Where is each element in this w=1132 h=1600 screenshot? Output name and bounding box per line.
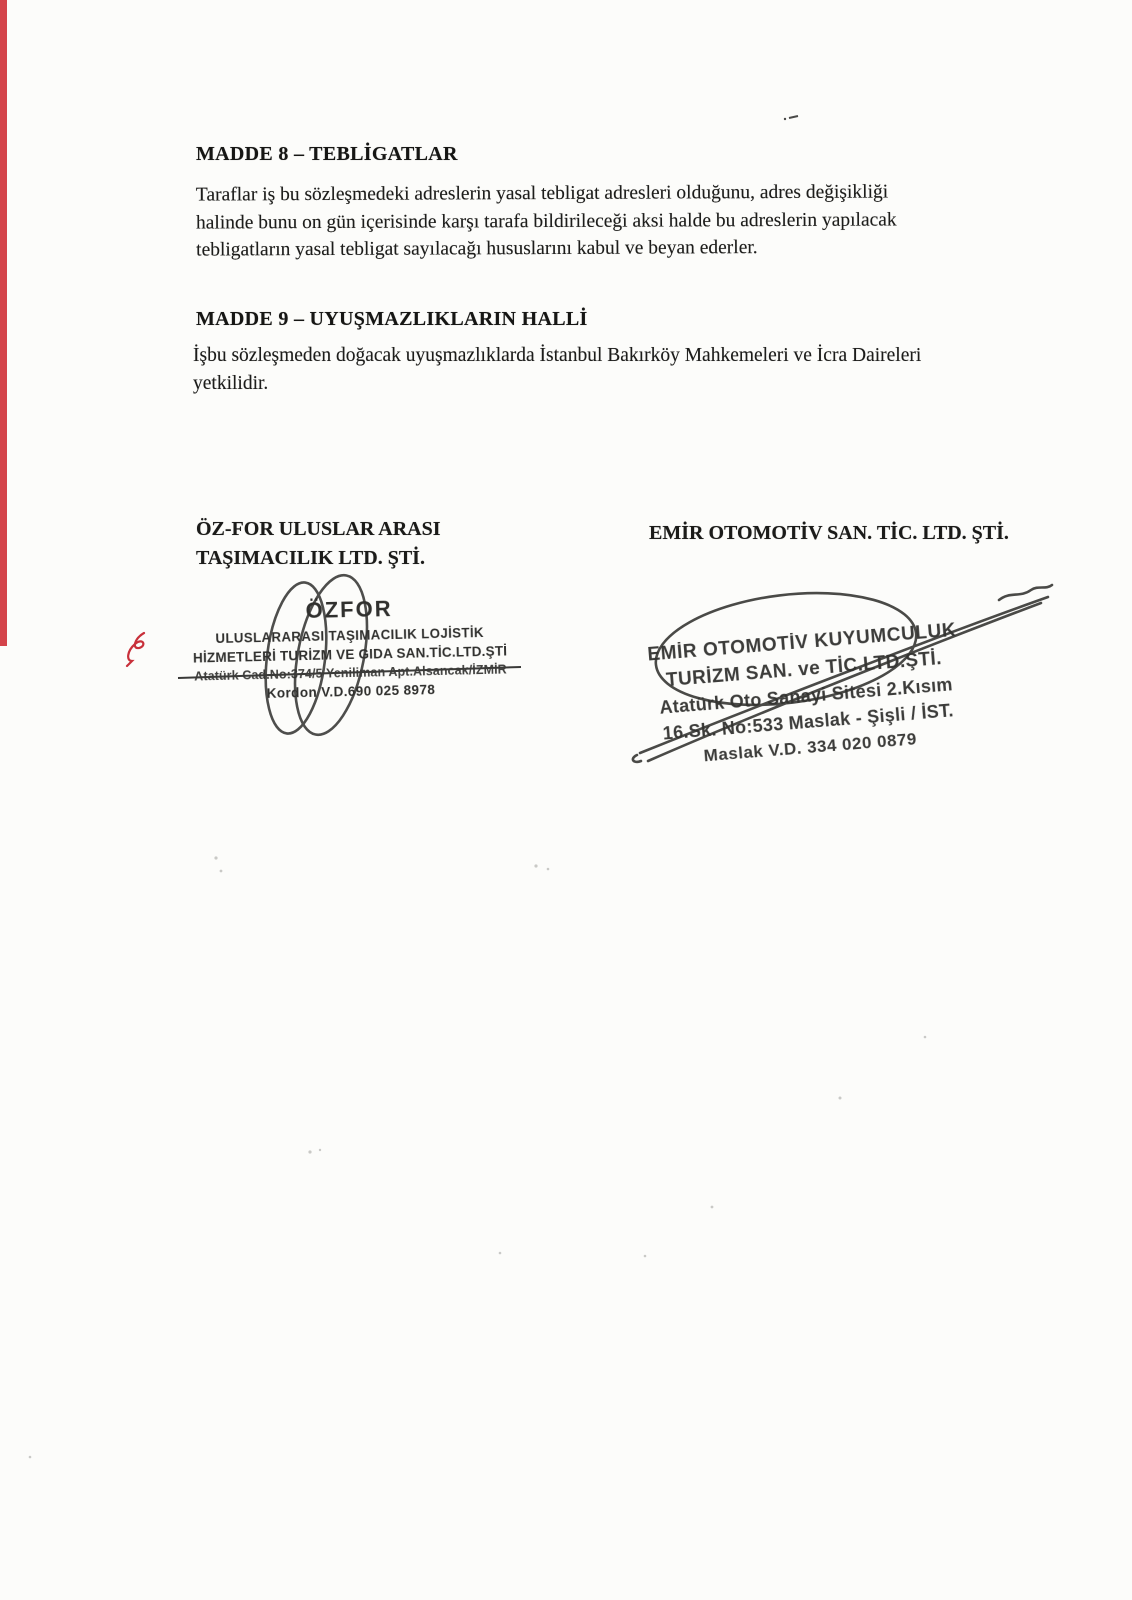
paragraph-line: halinde bunu on gün içerisinde karşı tar… [196,206,897,237]
paragraph-line: Taraflar iş bu sözleşmedeki adreslerin y… [196,178,897,209]
red-paraph-mark [127,633,144,666]
paragraph-line: yetkilidir. [193,370,921,398]
company-name-line: ÖZ-FOR ULUSLAR ARASI [196,515,440,544]
paragraph-madde9: İşbu sözleşmeden doğacak uyuşmazlıklarda… [193,342,921,397]
paragraph-line: tebligatların yasal tebligat sayılacağı … [196,233,897,264]
scanned-contract-page: MADDE 8 – TEBLİGATLAR Taraflar iş bu söz… [0,0,1132,1600]
ozfor-rubber-stamp: ÖZFOR ULUSLARARASI TAŞIMACILIK LOJİSTİK … [147,592,553,705]
section-heading-madde9: MADDE 9 – UYUŞMAZLIKLARIN HALLİ [196,308,588,331]
company-name-ozfor: ÖZ-FOR ULUSLAR ARASI TAŞIMACILIK LTD. ŞT… [196,515,440,573]
red-margin-line [0,0,7,646]
company-name-emir: EMİR OTOMOTİV SAN. TİC. LTD. ŞTİ. [649,519,1009,548]
paragraph-line: İşbu sözleşmeden doğacak uyuşmazlıklarda… [193,342,921,370]
emir-rubber-stamp: EMİR OTOMOTİV KUYUMCULUK TURİZM SAN. ve … [623,615,988,774]
scan-specks [29,856,927,1458]
scan-mark-dash [784,116,798,120]
section-heading-madde8: MADDE 8 – TEBLİGATLAR [196,143,458,166]
company-name-line: TAŞIMACILIK LTD. ŞTİ. [196,544,440,573]
company-name-line: EMİR OTOMOTİV SAN. TİC. LTD. ŞTİ. [649,519,1009,548]
paragraph-madde8: Taraflar iş bu sözleşmedeki adreslerin y… [196,178,897,264]
